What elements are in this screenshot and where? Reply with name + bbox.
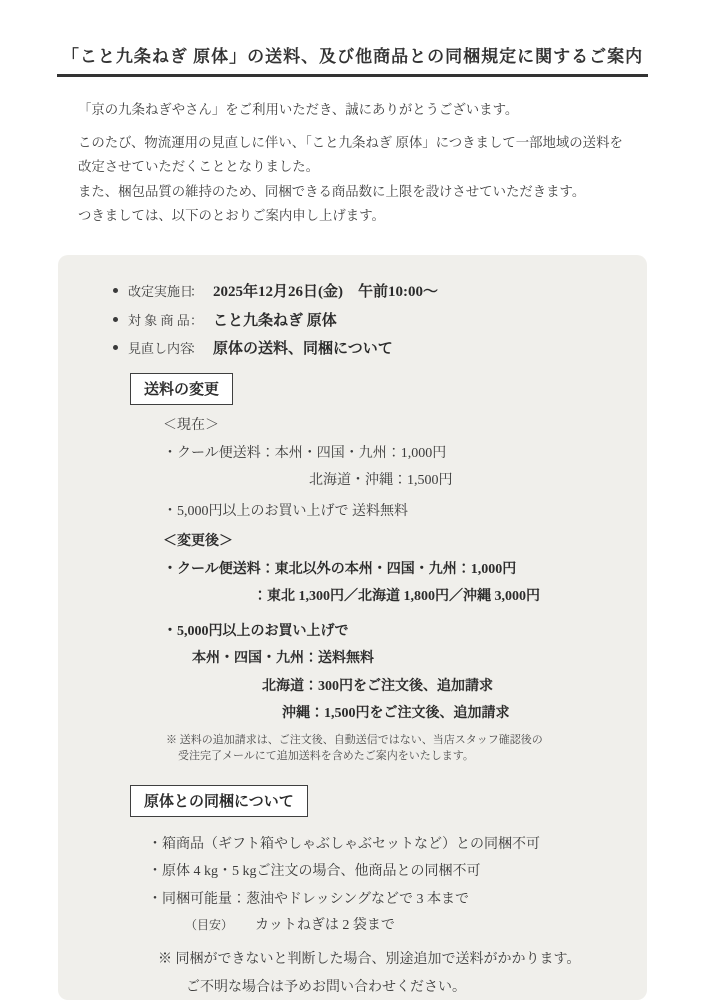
shipping-after-line: 本州・四国・九州：送料無料 <box>192 645 647 673</box>
bundling-note-line: ご不明な場合は予めお問い合わせください。 <box>186 974 647 1000</box>
notice-page: 「こと九条ねぎ 原体」の送料、及び他商品との同梱規定に関するご案内 「京の九条ね… <box>0 0 705 1000</box>
bundling-guide-label: （目安） <box>185 913 233 937</box>
title-underline <box>57 74 648 77</box>
bundling-line: ・箱商品（ギフト箱やしゃぶしゃぶセットなど）との同梱不可 <box>148 831 647 859</box>
summary-value: こと九条ねぎ 原体 <box>213 309 337 330</box>
intro-body-line: 改定させていただくこととなりました。 <box>78 155 665 180</box>
page-title: 「こと九条ねぎ 原体」の送料、及び他商品との同梱規定に関するご案内 <box>0 42 705 67</box>
shipping-after-line: 沖縄：1,500円をご注文後、追加請求 <box>282 700 647 728</box>
summary-label: 改定実施日 <box>128 281 190 300</box>
summary-row-revision-date: 改定実施日 ： 2025年12月26日(金) 午前10:00～ <box>113 277 647 306</box>
summary-list: 改定実施日 ： 2025年12月26日(金) 午前10:00～ 対 象 商 品 … <box>113 277 647 363</box>
notice-panel: 改定実施日 ： 2025年12月26日(金) 午前10:00～ 対 象 商 品 … <box>58 255 647 1000</box>
intro-section: 「京の九条ねぎやさん」をご利用いただき、誠にありがとうございます。 このたび、物… <box>78 98 665 229</box>
intro-body-line: つきましては、以下のとおりご案内申し上げます。 <box>78 204 665 229</box>
shipping-current-line: ・クール便送料：本州・四国・九州：1,000円 <box>163 440 647 468</box>
bundling-heading: 原体との同梱について <box>130 785 308 817</box>
summary-colon: ： <box>190 281 203 300</box>
shipping-current-line: ・5,000円以上のお買い上げで 送料無料 <box>163 498 647 526</box>
shipping-note-line: 受注完了メールにて追加送料を含めたご案内をいたします。 <box>178 748 647 765</box>
intro-body-line: また、梱包品質の維持のため、同梱できる商品数に上限を設けさせていただきます。 <box>78 180 665 205</box>
bundling-guide-row: （目安） カットねぎは 2 袋まで <box>185 913 647 938</box>
summary-value: 原体の送料、同梱について <box>213 337 393 358</box>
bullet-icon <box>113 288 118 293</box>
shipping-after-title: ＜変更後＞ <box>163 528 647 556</box>
shipping-after-line: ・5,000円以上のお買い上げで <box>163 618 647 646</box>
summary-colon: ： <box>190 338 203 357</box>
shipping-surcharge-note: ※ 送料の追加請求は、ご注文後、自動送信ではない、当店スタッフ確認後の 受注完了… <box>166 732 647 765</box>
summary-value: 2025年12月26日(金) 午前10:00～ <box>213 280 438 301</box>
summary-colon: ： <box>190 310 203 329</box>
bundling-note-line: ※ 同梱ができないと判断した場合、別途追加で送料がかかります。 <box>158 946 647 974</box>
bundling-line: ・同梱可能量：葱油やドレッシングなどで 3 本まで <box>148 886 647 914</box>
shipping-after-line: 北海道：300円をご注文後、追加請求 <box>262 673 647 701</box>
summary-label: 見直し内容 <box>128 338 190 357</box>
shipping-after-line: ：東北 1,300円／北海道 1,800円／沖縄 3,000円 <box>253 583 647 611</box>
summary-row-target-product: 対 象 商 品 ： こと九条ねぎ 原体 <box>113 305 647 334</box>
bullet-icon <box>113 345 118 350</box>
summary-label: 対 象 商 品 <box>128 310 190 329</box>
bundling-note: ※ 同梱ができないと判断した場合、別途追加で送料がかかります。 ご不明な場合は予… <box>58 946 647 1000</box>
shipping-after-line: ・クール便送料：東北以外の本州・四国・九州：1,000円 <box>163 556 647 584</box>
shipping-current-title: ＜現在＞ <box>163 412 647 440</box>
summary-row-review-content: 見直し内容 ： 原体の送料、同梱について <box>113 334 647 363</box>
bullet-icon <box>113 317 118 322</box>
shipping-current-line: 北海道・沖縄：1,500円 <box>309 467 647 495</box>
intro-greeting: 「京の九条ねぎやさん」をご利用いただき、誠にありがとうございます。 <box>78 98 665 123</box>
bundling-line: ・原体 4 kg・5 kgご注文の場合、他商品との同梱不可 <box>148 858 647 886</box>
shipping-note-line: ※ 送料の追加請求は、ご注文後、自動送信ではない、当店スタッフ確認後の <box>166 732 647 749</box>
bundling-guide-value: カットねぎは 2 袋まで <box>255 914 395 938</box>
shipping-change-heading: 送料の変更 <box>130 373 233 405</box>
intro-body-line: このたび、物流運用の見直しに伴い、「こと九条ねぎ 原体」につきまして一部地域の送… <box>78 131 665 156</box>
